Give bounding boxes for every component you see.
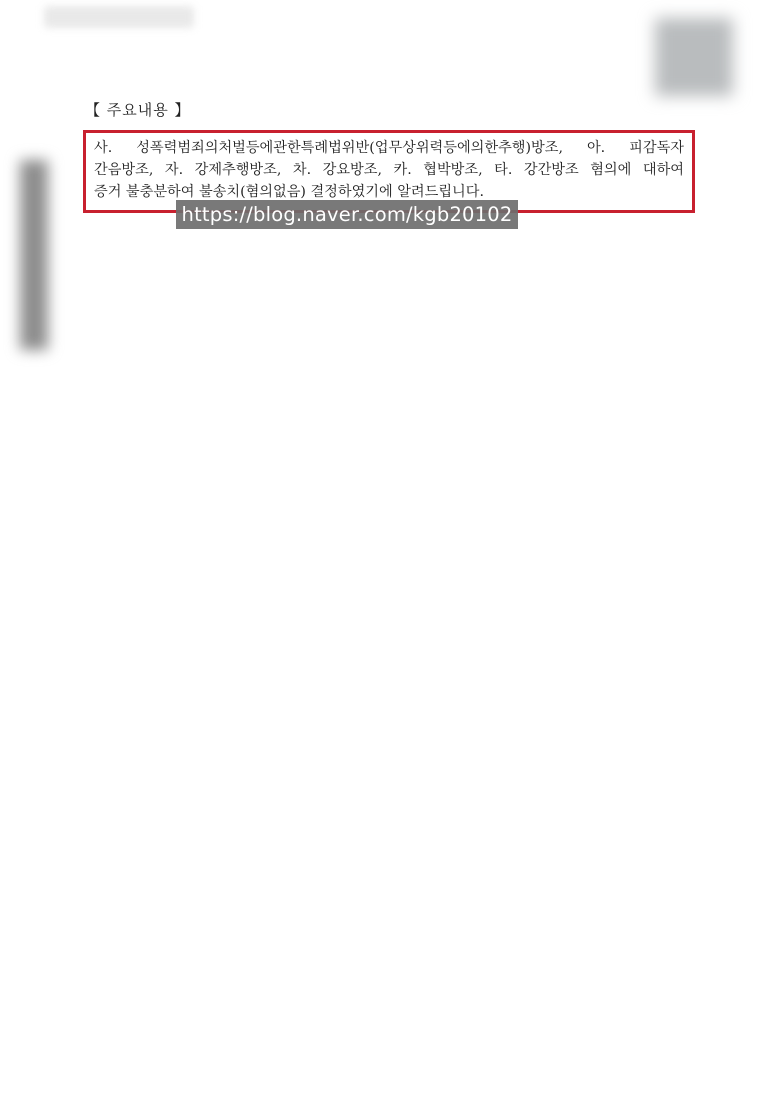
- blog-url-watermark: https://blog.naver.com/kgb20102: [176, 200, 518, 229]
- redacted-margin-stamp: [20, 160, 48, 350]
- redacted-header-text: [44, 6, 194, 28]
- content-text: 사. 성폭력범죄의처벌등에관한특례법위반(업무상위력등에의한추행)방조, 아. …: [94, 137, 684, 203]
- section-heading: 【 주요내용 】: [85, 99, 191, 120]
- redacted-seal-image: [655, 18, 733, 96]
- content-line-2: 간음방조, 자. 강제추행방조, 차. 강요방조, 카. 협박방조, 타. 강간…: [94, 159, 684, 181]
- content-line-1: 사. 성폭력범죄의처벌등에관한특례법위반(업무상위력등에의한추행)방조, 아. …: [94, 137, 684, 159]
